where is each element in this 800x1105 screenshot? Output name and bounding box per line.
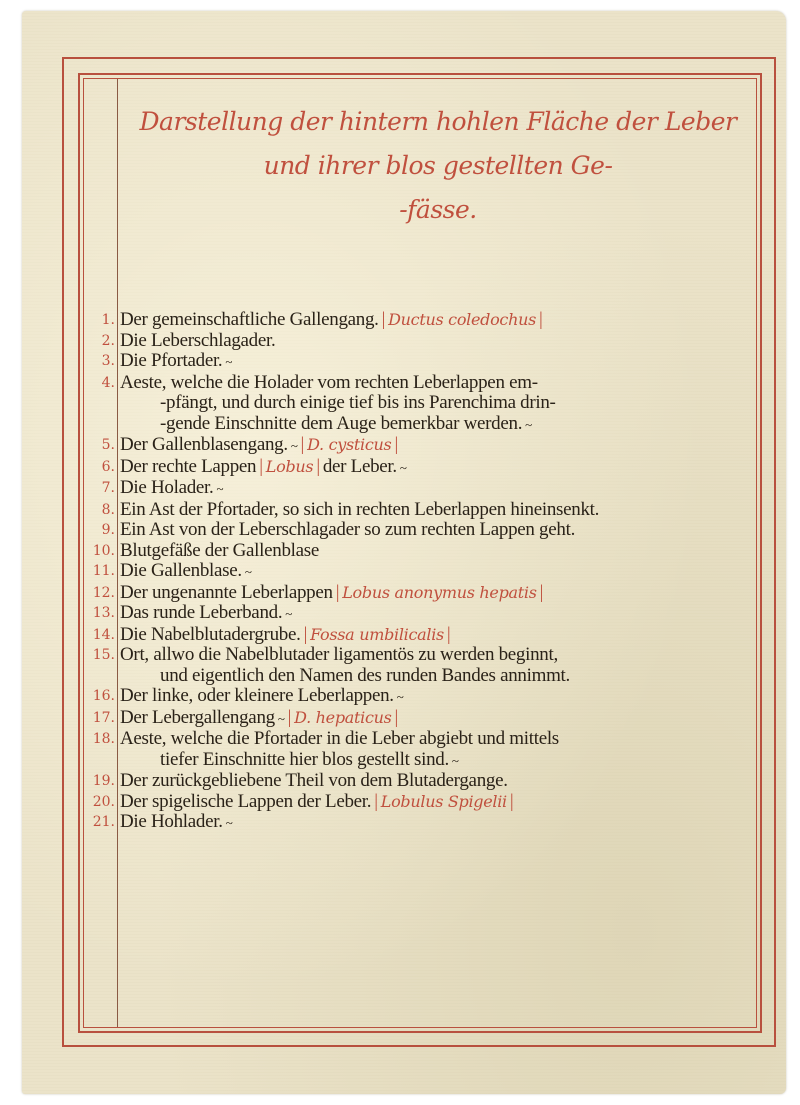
separator: | <box>379 309 389 330</box>
item-text: Der ungenannte Leberlappen|Lobus anonymu… <box>117 583 764 604</box>
item-line: Die Hohlader. <box>120 811 223 832</box>
item-text: Aeste, welche die Pfortader in die Leber… <box>117 729 764 771</box>
item-number: 14. <box>84 625 117 646</box>
item-text: Ein Ast von der Leberschlagader so zum r… <box>117 520 764 541</box>
item-line-text: -gende Einschnitte dem Auge bemerkbar we… <box>160 413 522 434</box>
flourish-icon: ~ <box>222 354 232 369</box>
item-text: Die Nabelblutadergrube.|Fossa umbilicali… <box>117 625 764 646</box>
flourish-icon: ~ <box>394 689 404 704</box>
list-item: 12. Der ungenannte Leberlappen|Lobus ano… <box>84 583 764 604</box>
list-item: 17. Der Lebergallengang~|D. hepaticus| <box>84 708 764 730</box>
list-item: 18. Aeste, welche die Pfortader in die L… <box>84 729 764 771</box>
list-item: 21. Die Hohlader.~ <box>84 812 764 834</box>
item-line: Ein Ast von der Leberschlagader so zum r… <box>120 519 575 540</box>
separator: | <box>301 624 311 645</box>
item-text: Aeste, welche die Holader vom rechten Le… <box>117 373 764 436</box>
item-number: 17. <box>84 708 117 729</box>
latin-term: Lobus <box>266 457 314 476</box>
item-number: 9. <box>84 520 117 541</box>
list-item: 15. Ort, allwo die Nabelblutader ligamen… <box>84 645 764 686</box>
separator: | <box>256 456 266 477</box>
separator: | <box>392 707 402 728</box>
separator: | <box>285 707 295 728</box>
item-text: Der linke, oder kleinere Leberlappen.~ <box>117 686 764 708</box>
latin-term: D. hepaticus <box>294 708 391 727</box>
list-item: 9. Ein Ast von der Leberschlagader so zu… <box>84 520 764 541</box>
list-item: 11. Die Gallenblase.~ <box>84 561 764 583</box>
item-text: Die Gallenblase.~ <box>117 561 764 583</box>
item-line-suffix: der Leber. <box>323 456 397 477</box>
item-number: 10. <box>84 541 117 562</box>
list-item: 6. Der rechte Lappen|Lobus|der Leber.~ <box>84 457 764 479</box>
item-text: Der zurückgebliebene Theil von dem Bluta… <box>117 771 764 792</box>
item-text: Der spigelische Lappen der Leber.|Lobulu… <box>117 792 764 813</box>
separator: | <box>536 309 546 330</box>
title-line: und ihrer blos gestellten Ge- <box>118 144 758 188</box>
item-text: Die Pfortader.~ <box>117 351 764 373</box>
item-line: Der Gallenblasengang. <box>120 434 288 455</box>
flourish-icon: ~ <box>288 438 298 453</box>
item-text: Der Lebergallengang~|D. hepaticus| <box>117 708 764 730</box>
flourish-icon: ~ <box>242 564 252 579</box>
item-line: Die Holader. <box>120 477 213 498</box>
list-item: 14. Die Nabelblutadergrube.|Fossa umbili… <box>84 625 764 646</box>
item-number: 15. <box>84 645 117 666</box>
item-line: Aeste, welche die Pfortader in die Leber… <box>120 729 764 750</box>
separator: | <box>537 582 547 603</box>
item-text: Das runde Leberband.~ <box>117 603 764 625</box>
separator: | <box>391 434 401 455</box>
item-number: 5. <box>84 435 117 456</box>
item-line: Der zurückgebliebene Theil von dem Bluta… <box>120 770 508 791</box>
item-number: 13. <box>84 603 117 624</box>
item-line: Die Pfortader. <box>120 350 222 371</box>
item-number: 4. <box>84 373 117 394</box>
item-number: 6. <box>84 457 117 478</box>
item-line: Der rechte Lappen <box>120 456 256 477</box>
item-line: Der linke, oder kleinere Leberlappen. <box>120 685 394 706</box>
list-item: 5. Der Gallenblasengang.~|D. cysticus| <box>84 435 764 457</box>
list-item: 19. Der zurückgebliebene Theil von dem B… <box>84 771 764 792</box>
item-line: Aeste, welche die Holader vom rechten Le… <box>120 373 764 394</box>
flourish-icon: ~ <box>522 417 532 432</box>
list-item: 4. Aeste, welche die Holader vom rechten… <box>84 373 764 436</box>
item-number: 11. <box>84 561 117 582</box>
item-line: Blutgefäße der Gallenblase <box>120 540 319 561</box>
item-line: Ein Ast der Pfortader, so sich in rechte… <box>120 499 599 520</box>
item-text: Die Holader.~ <box>117 478 764 500</box>
title-line: -fässe. <box>118 188 758 232</box>
flourish-icon: ~ <box>213 481 223 496</box>
item-number: 7. <box>84 478 117 499</box>
flourish-icon: ~ <box>275 711 285 726</box>
item-number: 20. <box>84 792 117 813</box>
flourish-icon: ~ <box>223 815 233 830</box>
list-item: 2. Die Leberschlagader. <box>84 331 764 352</box>
item-line: Die Gallenblase. <box>120 560 242 581</box>
item-number: 19. <box>84 771 117 792</box>
item-text: Der gemeinschaftliche Gallengang.|Ductus… <box>117 310 764 331</box>
item-number: 1. <box>84 310 117 331</box>
item-line: und eigentlich den Namen des runden Band… <box>120 666 764 687</box>
latin-term: Ductus coledochus <box>388 310 536 329</box>
item-line: tiefer Einschnitte hier blos gestellt si… <box>120 750 764 772</box>
item-number: 18. <box>84 729 117 750</box>
item-number: 2. <box>84 331 117 352</box>
latin-term: Fossa umbilicalis <box>310 625 444 644</box>
item-text: Der Gallenblasengang.~|D. cysticus| <box>117 435 764 457</box>
item-text: Blutgefäße der Gallenblase <box>117 541 764 562</box>
item-line: Der ungenannte Leberlappen <box>120 582 333 603</box>
separator: | <box>444 624 454 645</box>
item-text: Ein Ast der Pfortader, so sich in rechte… <box>117 500 764 521</box>
separator: | <box>298 434 308 455</box>
item-line: Ort, allwo die Nabelblutader ligamentös … <box>120 645 764 666</box>
item-text: Ort, allwo die Nabelblutader ligamentös … <box>117 645 764 686</box>
item-number: 21. <box>84 812 117 833</box>
list-item: 3. Die Pfortader.~ <box>84 351 764 373</box>
item-line: Das runde Leberband. <box>120 602 282 623</box>
item-text: Die Hohlader.~ <box>117 812 764 834</box>
flourish-icon: ~ <box>397 460 407 475</box>
separator: | <box>333 582 343 603</box>
latin-term: D. cysticus <box>307 435 391 454</box>
item-number: 12. <box>84 583 117 604</box>
separator: | <box>313 456 323 477</box>
latin-term: Lobulus Spigelii <box>381 792 507 811</box>
item-text: Der rechte Lappen|Lobus|der Leber.~ <box>117 457 764 479</box>
flourish-icon: ~ <box>449 753 459 768</box>
item-line: Die Leberschlagader. <box>120 330 275 351</box>
item-line: -gende Einschnitte dem Auge bemerkbar we… <box>120 414 764 436</box>
title-line: Darstellung der hintern hohlen Fläche de… <box>118 100 758 144</box>
list-item: 16. Der linke, oder kleinere Leberlappen… <box>84 686 764 708</box>
item-text: Die Leberschlagader. <box>117 331 764 352</box>
list-item: 1. Der gemeinschaftliche Gallengang.|Duc… <box>84 310 764 331</box>
flourish-icon: ~ <box>282 606 292 621</box>
list-item: 8. Ein Ast der Pfortader, so sich in rec… <box>84 500 764 521</box>
separator: | <box>371 791 381 812</box>
list-item: 20. Der spigelische Lappen der Leber.|Lo… <box>84 792 764 813</box>
page-title: Darstellung der hintern hohlen Fläche de… <box>118 100 758 232</box>
item-number: 16. <box>84 686 117 707</box>
separator: | <box>507 791 517 812</box>
latin-term: Lobus anonymus hepatis <box>342 583 536 602</box>
item-line: Der Lebergallengang <box>120 707 275 728</box>
item-line: Die Nabelblutadergrube. <box>120 624 301 645</box>
item-line: Der spigelische Lappen der Leber. <box>120 791 371 812</box>
item-line-text: tiefer Einschnitte hier blos gestellt si… <box>160 749 449 770</box>
list-item: 7. Die Holader.~ <box>84 478 764 500</box>
item-number: 8. <box>84 500 117 521</box>
list-item: 13. Das runde Leberband.~ <box>84 603 764 625</box>
item-number: 3. <box>84 351 117 372</box>
list-item: 10. Blutgefäße der Gallenblase <box>84 541 764 562</box>
item-line: Der gemeinschaftliche Gallengang. <box>120 309 379 330</box>
item-line: -pfängt, und durch einige tief bis ins P… <box>120 393 764 414</box>
legend-list: 1. Der gemeinschaftliche Gallengang.|Duc… <box>84 310 764 834</box>
